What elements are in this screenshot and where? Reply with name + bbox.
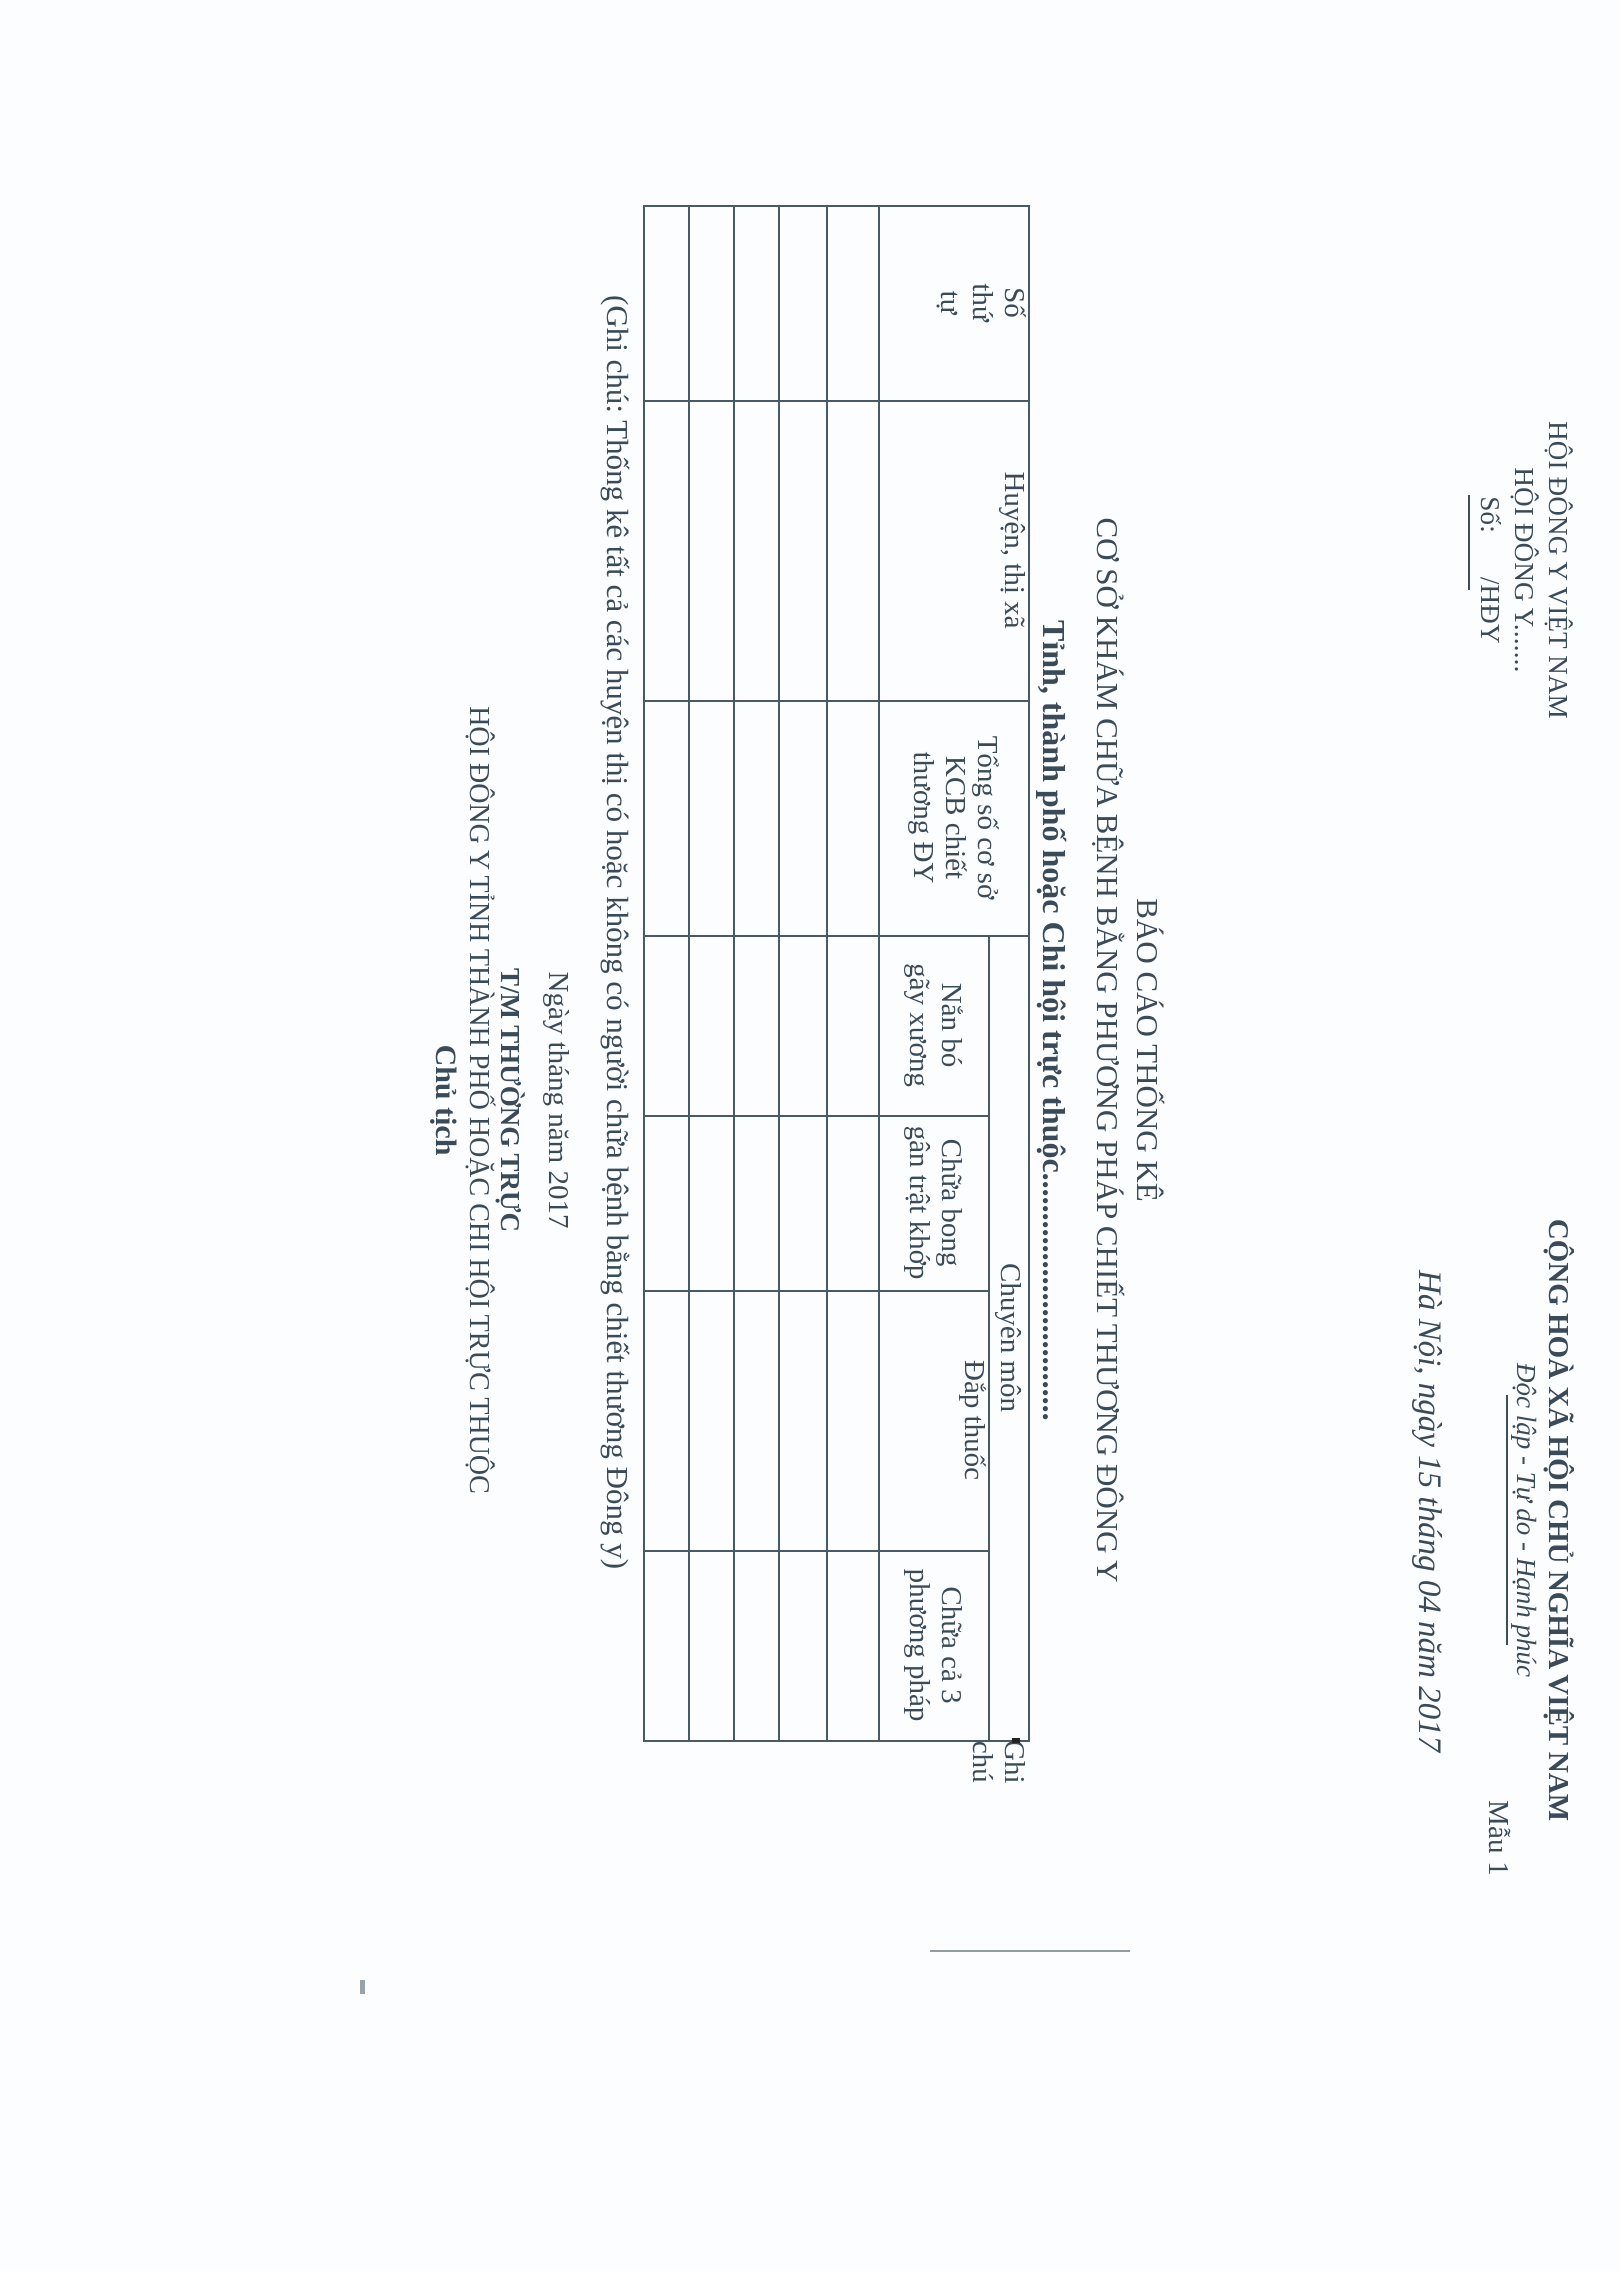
table-cell[interactable] [645, 1550, 690, 1740]
header-stt: Sốthứtự [880, 205, 1030, 400]
table-cell[interactable] [735, 935, 780, 1115]
table-cell[interactable] [780, 1290, 828, 1550]
table-cell[interactable] [780, 935, 828, 1115]
table-cell[interactable] [690, 935, 735, 1115]
header-left-rule [1468, 495, 1470, 590]
branch-name: HỘI ĐÔNG Y....... [1507, 270, 1541, 870]
table-cell[interactable] [690, 1550, 735, 1740]
table-cell[interactable] [645, 1290, 690, 1550]
signature-date: Ngày tháng năm 2017 [538, 650, 578, 1550]
table-cell[interactable] [735, 400, 780, 700]
table-cell[interactable] [690, 400, 735, 700]
national-motto: Độc lập - Tự do - Hạnh phúc [1510, 1000, 1541, 2040]
statistics-table: SốthứtựHuyện, thị xãTổng số cơ sởKCB chi… [645, 205, 1030, 1740]
table-cell[interactable] [828, 1290, 880, 1550]
table-cell[interactable] [735, 1550, 780, 1740]
country-name: CỘNG HOÀ XÃ HỘI CHỦ NGHĨA VIỆT NAM [1541, 1000, 1575, 2040]
number-label: Số: [1475, 496, 1505, 533]
number-suffix: /HĐY [1475, 577, 1505, 644]
table-cell[interactable] [735, 700, 780, 935]
report-title: BÁO CÁO THỐNG KÊ [1127, 400, 1167, 1700]
header-specialty-4: Chữa cả 3phương pháp [880, 1550, 990, 1740]
table-cell[interactable] [690, 1290, 735, 1550]
table-cell[interactable] [645, 700, 690, 935]
signature-position: Chủ tịch [428, 650, 462, 1550]
header-group-specialty: Chuyên môn [990, 935, 1030, 1740]
document-number: Số: /HĐY [1473, 270, 1507, 870]
signature-on-behalf: T/M THƯỜNG TRỰC [494, 650, 526, 1550]
table-cell[interactable] [645, 400, 690, 700]
table-cell[interactable] [828, 1115, 880, 1290]
table-cell[interactable] [780, 1550, 828, 1740]
header-specialty-2: Chữa bonggân trật khớp [880, 1115, 990, 1290]
motto-rule [1506, 1395, 1508, 1645]
table-cell[interactable] [780, 205, 828, 400]
table-cell[interactable] [828, 1550, 880, 1740]
rotated-document-page: Mẫu 1 HỘI ĐÔNG Y VIỆT NAM HỘI ĐÔNG Y....… [0, 0, 1620, 2271]
table-cell[interactable] [735, 1290, 780, 1550]
scan-artifact-line [930, 1950, 1130, 1952]
table-cell[interactable] [828, 400, 880, 700]
table-cell[interactable] [828, 935, 880, 1115]
table-note: (Ghi chú: Thống kê tất cả các huyện thị … [599, 295, 635, 1569]
table-cell[interactable] [690, 1115, 735, 1290]
report-subject: CƠ SỞ KHÁM CHỮA BỆNH BẰNG PHƯƠNG PHÁP CH… [1087, 400, 1127, 1700]
table-cell[interactable] [645, 205, 690, 400]
table-cell[interactable] [780, 400, 828, 700]
table-cell[interactable] [690, 205, 735, 400]
table-cell[interactable] [690, 700, 735, 935]
table-cell[interactable] [735, 205, 780, 400]
header-notes: Ghi chú [880, 1740, 1030, 1784]
signature-block: Ngày tháng năm 2017 T/M THƯỜNG TRỰC HỘI … [428, 650, 600, 1550]
header-specialty-3: Đắp thuốc [880, 1290, 990, 1550]
header-district: Huyện, thị xã [880, 400, 1030, 700]
signature-org: HỘI ĐÔNG Y TỈNH THÀNH PHỐ HOẶC CHI HỘI T… [462, 650, 494, 1550]
unit-line: Tỉnh, thành phố hoặc Chi hội trực thuộc.… [1035, 620, 1072, 1421]
header-left: HỘI ĐÔNG Y VIỆT NAM HỘI ĐÔNG Y....... Số… [1473, 270, 1575, 870]
org-name: HỘI ĐÔNG Y VIỆT NAM [1541, 270, 1575, 870]
table-cell[interactable] [645, 1115, 690, 1290]
header-right: CỘNG HOÀ XÃ HỘI CHỦ NGHĨA VIỆT NAM Độc l… [1510, 1000, 1575, 2040]
table-cell[interactable] [780, 1115, 828, 1290]
header-total-facilities: Tổng số cơ sởKCB chiếtthương ĐY [880, 700, 1030, 935]
table-cell[interactable] [645, 935, 690, 1115]
scan-artifact-dot [1012, 1738, 1020, 1743]
place-date: Hà Nội, ngày 15 tháng 04 năm 2017 [1410, 1270, 1447, 1752]
table-cell[interactable] [780, 700, 828, 935]
table-cell[interactable] [828, 205, 880, 400]
table-cell[interactable] [735, 1115, 780, 1290]
header-specialty-1: Nắn bógãy xương [880, 935, 990, 1115]
table-cell[interactable] [828, 700, 880, 935]
scan-artifact-mark [360, 1980, 365, 1994]
